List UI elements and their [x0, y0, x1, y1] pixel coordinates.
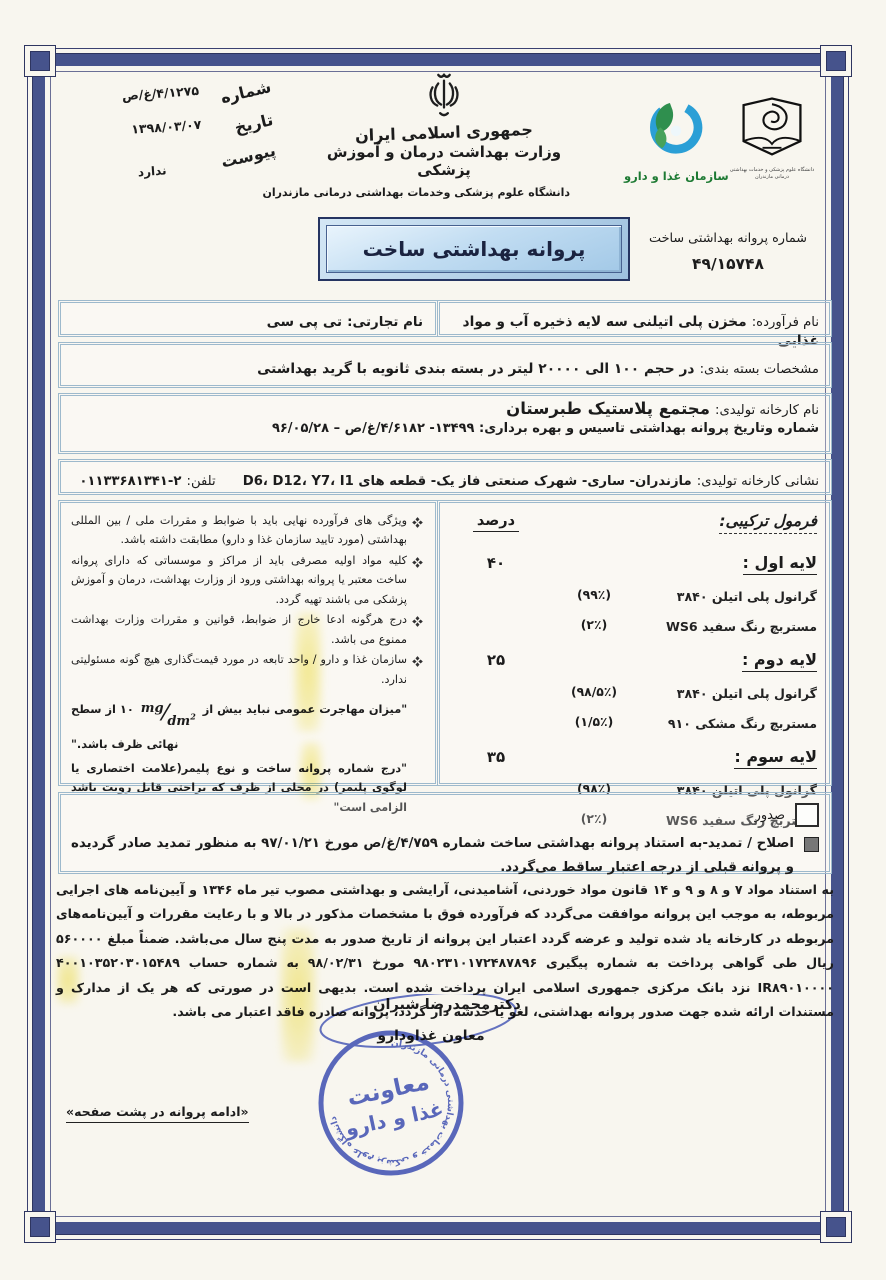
address-value: مازندران- ساری- شهرک صنعتی فاز یک- قطعه …	[243, 474, 692, 489]
factory-line: نام کارخانه تولیدی: مجتمع پلاستیک طبرستا…	[71, 399, 819, 418]
formula-layer-row: لایه اول :۴۰	[452, 553, 817, 582]
diamond-bullet-icon	[412, 555, 423, 574]
renewal-statement: اصلاح / تمدید-به استناد پروانه بهداشتی س…	[71, 832, 794, 880]
percent-column-header: درصد	[460, 513, 532, 532]
migration-text-pre: "میزان مهاجرت عمومی نباید بیش از	[203, 702, 407, 716]
diamond-bullet-icon	[412, 616, 423, 627]
diamond-bullet-icon	[412, 557, 423, 568]
frame-corner-ornament	[24, 45, 56, 77]
diamond-bullet-icon	[412, 614, 423, 633]
fda-logo-block: سازمان غذا و دارو	[624, 96, 728, 183]
note-bullet-text: درج هرگونه ادعا خارج از ضوابط، قوانین و …	[71, 613, 407, 645]
fda-logo-caption: سازمان غذا و دارو	[624, 169, 728, 183]
frame-corner-ornament	[820, 45, 852, 77]
frame-corner-ornament	[24, 1211, 56, 1243]
material-amount: (۲٪)	[552, 617, 636, 632]
layer-name: لایه سوم :	[734, 747, 817, 769]
product-name-label: نام فرآورده:	[752, 315, 819, 330]
ministry-header: جمهوری اسلامی ایران وزارت بهداشت درمان و…	[318, 72, 570, 199]
formula-header: فرمول ترکیبی: درصد	[452, 511, 817, 545]
deputy-stamp: دانشگاه علوم پزشکی و خدمات بهداشتی درمان…	[286, 994, 538, 1184]
university-logo-block: دانشگاه علوم پزشکی و خدمات بهداشتی درمان…	[722, 90, 822, 181]
certificate-title: پروانه بهداشتی ساخت	[363, 237, 586, 261]
diamond-bullet-icon	[412, 517, 423, 528]
factory-label: نام کارخانه تولیدی:	[715, 403, 819, 418]
license-number-label: شماره پروانه بهداشتی ساخت	[642, 231, 814, 246]
layer-percent: ۲۵	[460, 651, 532, 669]
title-banner: پروانه بهداشتی ساخت	[318, 217, 630, 281]
university-logo-caption: دانشگاه علوم پزشکی و خدمات بهداشتی درمان…	[722, 167, 822, 181]
layer-name: لایه اول :	[743, 553, 817, 575]
formula-item-row: مستربچ رنگ سفید WS6(۲٪)	[452, 612, 817, 642]
license-number-value: ۴۹/۱۵۷۴۸	[642, 255, 814, 273]
issuance-label: صدور	[755, 808, 785, 823]
material-name: مستربچ رنگ سفید WS6	[666, 619, 817, 634]
title-banner-inner: پروانه بهداشتی ساخت	[326, 225, 622, 273]
note-bullet-text: ویژگی های فرآورده نهایی باید با ضوابط و …	[71, 514, 407, 546]
trade-name-cell: نام تجارتی: تی پی سی	[58, 300, 438, 337]
notes-cell: ویژگی های فرآورده نهایی باید با ضوابط و …	[58, 500, 438, 786]
note-bullet: درج هرگونه ادعا خارج از ضوابط، قوانین و …	[71, 610, 423, 649]
layer-name: لایه دوم :	[742, 650, 817, 672]
trade-name-label: نام تجارتی:	[347, 315, 423, 330]
formula-item-row: گرانول پلی اتیلن ۳۸۴۰(۹۸/۵٪)	[452, 679, 817, 709]
packaging-value: در حجم ۱۰۰ الی ۲۰۰۰۰ لیتر در بسته بندی ث…	[257, 361, 694, 377]
iran-emblem-icon	[424, 72, 464, 118]
meta-number-label: شماره	[219, 77, 273, 107]
migration-note: "میزان مهاجرت عمومی نباید بیش از mg⁄dm2 …	[71, 692, 423, 755]
issuance-checkbox	[795, 803, 819, 827]
phone-value: ۲-۰۱۱۳۳۶۸۱۳۴۱	[79, 474, 181, 489]
renewal-option-row: اصلاح / تمدید-به استناد پروانه بهداشتی س…	[71, 832, 819, 880]
factory-cell: نام کارخانه تولیدی: مجتمع پلاستیک طبرستا…	[58, 393, 832, 454]
meta-number-line: ۴/۱۲۷۵/غ/ص	[212, 81, 213, 102]
note-bullet-text: سازمان غذا و دارو / واحد تابعه در مورد ق…	[71, 653, 407, 685]
material-name: مستربچ رنگ مشکی ۹۱۰	[668, 716, 817, 731]
continuation-note: «ادامه پروانه در پشت صفحه»	[66, 1104, 249, 1123]
letterhead-meta: شماره ۴/۱۲۷۵/غ/ص تاریخ ۱۳۹۸/۰۳/۰۷ پیوست …	[63, 77, 278, 193]
note-bullet: کلیه مواد اولیه مصرفی باید از مراکز و مو…	[71, 551, 423, 609]
note-bullet: سازمان غذا و دارو / واحد تابعه در مورد ق…	[71, 650, 423, 689]
material-name: گرانول پلی اتیلن ۳۸۴۰	[677, 686, 817, 701]
packaging-cell: مشخصات بسته بندی: در حجم ۱۰۰ الی ۲۰۰۰۰ ل…	[58, 342, 832, 388]
note-bullet: ویژگی های فرآورده نهایی باید با ضوابط و …	[71, 511, 423, 550]
header-ministry: وزارت بهداشت درمان و آموزش پزشکی	[318, 143, 570, 179]
product-name-cell: نام فرآورده: مخزن پلی اتیلنی سه لایه ذخی…	[437, 300, 832, 337]
formula-layer-row: لایه دوم :۲۵	[452, 650, 817, 679]
formula-cell: فرمول ترکیبی: درصد لایه اول :۴۰گرانول پل…	[437, 500, 832, 786]
header-university: دانشگاه علوم پزشکی وخدمات بهداشتی درمانی…	[318, 186, 570, 199]
formula-item-row: مستربچ رنگ مشکی ۹۱۰(۱/۵٪)	[452, 709, 817, 739]
formula-layer-row: لایه سوم :۳۵	[452, 747, 817, 776]
meta-date-line: ۱۳۹۸/۰۳/۰۷	[215, 115, 216, 136]
factory-value: مجتمع پلاستیک طبرستان	[506, 399, 710, 418]
layer-percent: ۳۵	[460, 748, 532, 766]
establishment-license-line: شماره وتاریخ پروانه بهداشتی تاسیس و بهره…	[71, 421, 819, 436]
formula-item-row: گرانول پلی اتیلن ۳۸۴۰(۹۹٪)	[452, 582, 817, 612]
material-name: گرانول پلی اتیلن ۳۸۴۰	[677, 589, 817, 604]
renewal-checkbox-checked	[804, 837, 819, 852]
meta-number-value: ۴/۱۲۷۵/غ/ص	[121, 83, 199, 103]
fda-logo-icon	[641, 96, 711, 164]
notes-list: ویژگی های فرآورده نهایی باید با ضوابط و …	[71, 511, 423, 689]
layer-percent: ۴۰	[460, 554, 532, 572]
packaging-label: مشخصات بسته بندی:	[700, 362, 819, 377]
license-number-block: شماره پروانه بهداشتی ساخت ۴۹/۱۵۷۴۸	[642, 231, 814, 273]
meta-date-value: ۱۳۹۸/۰۳/۰۷	[131, 117, 202, 137]
trade-name-value: تی پی سی	[267, 314, 342, 330]
address-cell: نشانی کارخانه تولیدی: مازندران- ساری- شه…	[58, 459, 832, 495]
meta-date-label: تاریخ	[233, 110, 275, 137]
issuance-option-row: صدور	[71, 803, 819, 827]
diamond-bullet-icon	[412, 656, 423, 667]
certificate-page: شماره ۴/۱۲۷۵/غ/ص تاریخ ۱۳۹۸/۰۳/۰۷ پیوست …	[0, 0, 886, 1280]
material-amount: (۹۸/۵٪)	[552, 684, 636, 699]
frame-corner-ornament	[820, 1211, 852, 1243]
material-amount: (۱/۵٪)	[552, 714, 636, 729]
formula-title: فرمول ترکیبی:	[719, 512, 817, 534]
mg-dm2-fraction: mg⁄dm2	[141, 692, 196, 734]
issuance-cell: صدور اصلاح / تمدید-به استناد پروانه بهدا…	[58, 792, 832, 874]
diamond-bullet-icon	[412, 654, 423, 673]
phone-label: تلفن:	[187, 474, 216, 489]
address-label: نشانی کارخانه تولیدی:	[697, 474, 819, 489]
material-amount: (۹۹٪)	[552, 587, 636, 602]
diamond-bullet-icon	[412, 515, 423, 534]
meta-attachment-line: ندارد	[217, 149, 218, 170]
note-bullet-text: کلیه مواد اولیه مصرفی باید از مراکز و مو…	[71, 554, 407, 606]
meta-attachment-value: ندارد	[137, 163, 167, 179]
university-logo-icon	[732, 90, 812, 162]
